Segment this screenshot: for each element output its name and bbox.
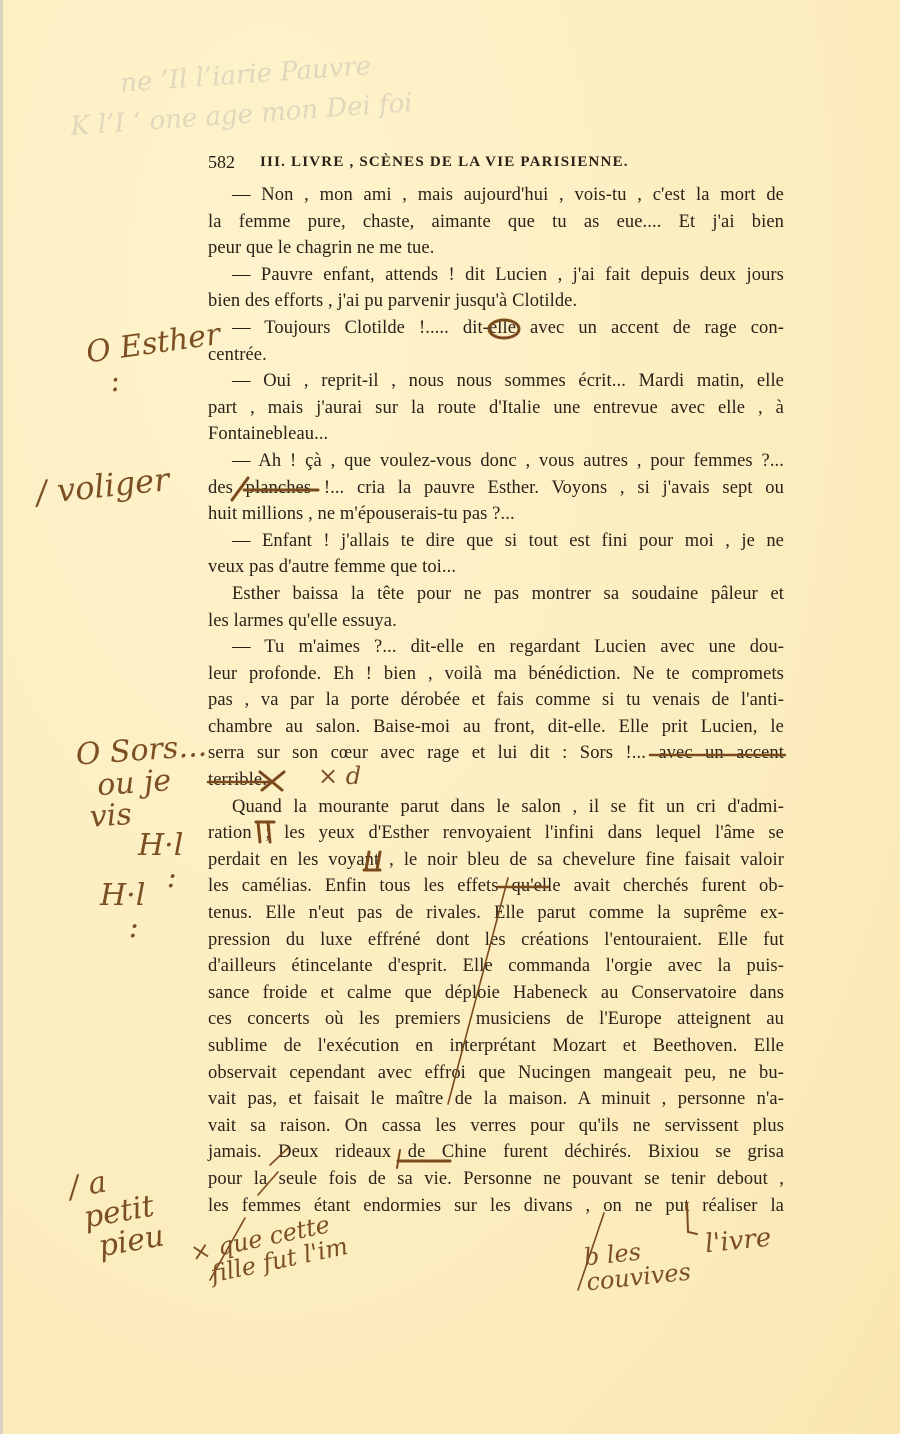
text-line: veux pas d'autre femme que toi... [208, 554, 784, 581]
text-line: sance froide et calme que déploie Habene… [208, 980, 784, 1007]
margin-note-bottom-middle: × que cette fille fut l'im [188, 1209, 350, 1290]
margin-note-voliger: / voliger [35, 463, 171, 510]
text-line: pas , va par la porte dérobée et fais co… [208, 687, 784, 714]
text-line: des planches !... cria la pauvre Esther.… [208, 475, 784, 502]
text-line: — Toujours Clotilde !..... dit-elle avec… [208, 315, 784, 342]
text-line: jamais. Deux rideaux de Chine furent déc… [208, 1139, 784, 1166]
text-line: observait cependant avec effroi que Nuci… [208, 1060, 784, 1087]
text-line: — Oui , reprit-il , nous nous sommes écr… [208, 368, 784, 395]
margin-note-hl-2: H·l : [100, 880, 145, 943]
text-line: Quand la mourante parut dans le salon , … [208, 794, 784, 821]
text-line: peur que le chagrin ne me tue. [208, 235, 784, 262]
margin-note-esther: O Esther : [84, 319, 226, 400]
text-line: part , mais j'aurai sur la route d'Itali… [208, 395, 784, 422]
text-line: Fontainebleau... [208, 421, 784, 448]
text-line: terrible. [208, 767, 784, 794]
page-number: 582 [208, 152, 235, 173]
text-line: d'ailleurs étincelante d'esprit. Elle co… [208, 953, 784, 980]
text-line: chambre au salon. Baise-moi au front, di… [208, 714, 784, 741]
text-line: — Ah ! çà , que voulez-vous donc , vous … [208, 448, 784, 475]
text-line: sublime de l'exécution en interprétant M… [208, 1033, 784, 1060]
text-line: les larmes qu'elle essuya. [208, 608, 784, 635]
text-line: — Enfant ! j'allais te dire que si tout … [208, 528, 784, 555]
text-line: Esther baissa la tête pour ne pas montre… [208, 581, 784, 608]
text-line: — Tu m'aimes ?... dit-elle en regardant … [208, 634, 784, 661]
margin-note-bottom-left: / a petit pieu [66, 1158, 166, 1266]
margin-note-sors: O Sors... ou je vis [75, 731, 212, 834]
text-line: pour la seule fois de sa vie. Personne n… [208, 1166, 784, 1193]
text-line: vait pas, et faisait le maître de la mai… [208, 1086, 784, 1113]
page-body: — Non , mon ami , mais aujourd'hui , voi… [208, 182, 784, 1219]
bleed-through-writing: ne ’Il l’iarie Pauvre [119, 51, 372, 98]
text-line: huit millions , ne m'épouserais-tu pas ?… [208, 501, 784, 528]
text-line: vait sa raison. On cassa les verres pour… [208, 1113, 784, 1140]
text-line: ces concerts où les premiers musiciens d… [208, 1006, 784, 1033]
text-line: leur profonde. Eh ! bien , voilà ma béné… [208, 661, 784, 688]
text-line: — Pauvre enfant, attends ! dit Lucien , … [208, 262, 784, 289]
text-line: la femme pure, chaste, aimante que tu as… [208, 209, 784, 236]
text-line: centrée. [208, 342, 784, 369]
margin-note-inline-x: × d [318, 764, 361, 789]
text-line: les camélias. Enfin tous les effets qu'e… [208, 873, 784, 900]
text-line: perdait en les voyant , le noir bleu de … [208, 847, 784, 874]
margin-note-bottom-right-2: l'ivre [704, 1225, 773, 1259]
text-line: serra sur son cœur avec rage et lui dit … [208, 740, 784, 767]
text-line: tenus. Elle n'eut pas de rivales. Elle p… [208, 900, 784, 927]
text-line: bien des efforts , j'ai pu parvenir jusq… [208, 288, 784, 315]
text-line: ration ; les yeux d'Esther renvoyaient l… [208, 820, 784, 847]
margin-note-bottom-right-1: b les couvives [583, 1235, 692, 1296]
text-line: pression du luxe effréné dont les créati… [208, 927, 784, 954]
running-head-title: III. LIVRE , SCÈNES DE LA VIE PARISIENNE… [260, 154, 629, 171]
text-line: — Non , mon ami , mais aujourd'hui , voi… [208, 182, 784, 209]
page-edge [0, 0, 3, 1434]
running-header: 582 III. LIVRE , SCÈNES DE LA VIE PARISI… [208, 152, 798, 178]
text-line: les femmes étant endormies sur les divan… [208, 1193, 784, 1220]
